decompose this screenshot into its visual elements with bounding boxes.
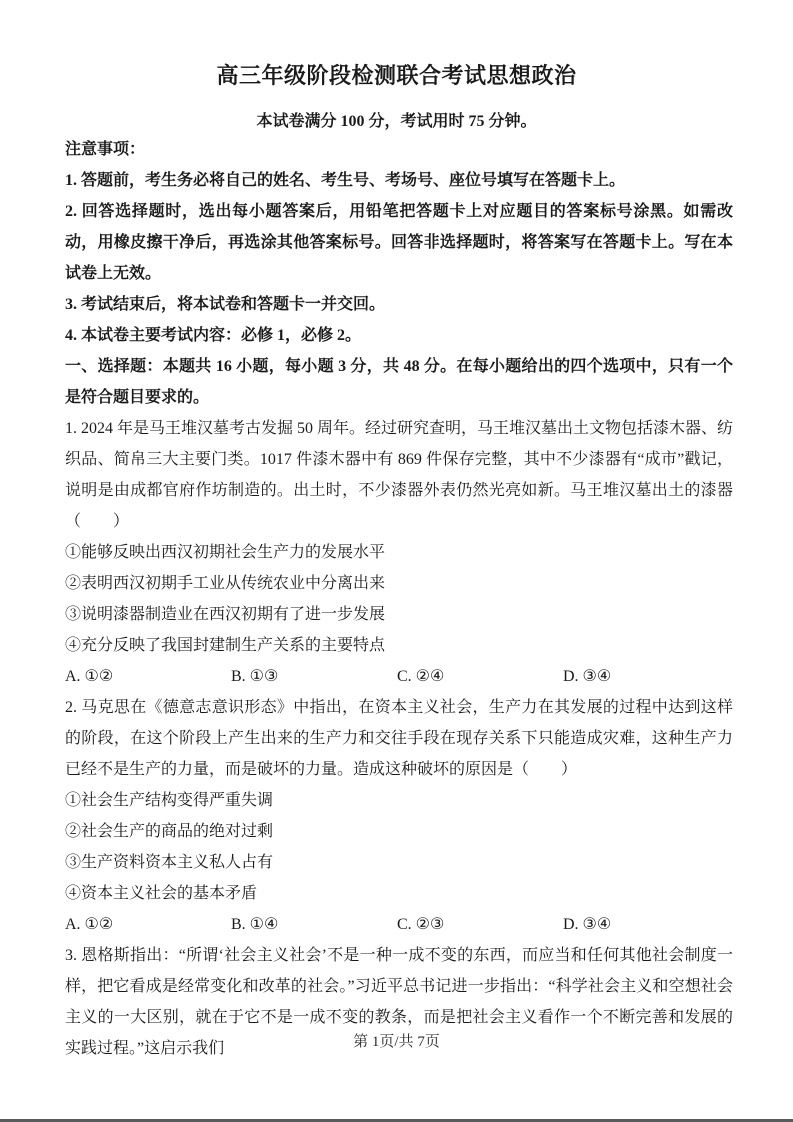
question-1-option-b: B. ①③ (231, 661, 397, 692)
notice-item-1: 1. 答题前，考生务必将自己的姓名、考生号、考场号、座位号填写在答题卡上。 (65, 165, 733, 196)
question-1-statement-1: ①能够反映出西汉初期社会生产力的发展水平 (65, 537, 733, 568)
exam-page: 高三年级阶段检测联合考试思想政治 本试卷满分 100 分，考试用时 75 分钟。… (0, 0, 793, 1122)
question-1-statement-2: ②表明西汉初期手工业从传统农业中分离出来 (65, 568, 733, 599)
notice-item-3: 3. 考试结束后，将本试卷和答题卡一并交回。 (65, 289, 733, 320)
question-2-statement-3: ③生产资料资本主义私人占有 (65, 847, 733, 878)
question-2-statement-1: ①社会生产结构变得严重失调 (65, 785, 733, 816)
question-1-statement-4: ④充分反映了我国封建制生产关系的主要特点 (65, 630, 733, 661)
question-1-statement-3: ③说明漆器制造业在西汉初期有了进一步发展 (65, 599, 733, 630)
notice-item-2: 2. 回答选择题时，选出每小题答案后，用铅笔把答题卡上对应题目的答案标号涂黑。如… (65, 196, 733, 289)
question-2-option-a: A. ①② (65, 909, 231, 940)
notice-item-4: 4. 本试卷主要考试内容：必修 1，必修 2。 (65, 320, 733, 351)
section-header: 一、选择题：本题共 16 小题，每小题 3 分，共 48 分。在每小题给出的四个… (65, 351, 733, 413)
question-1-option-c: C. ②④ (397, 661, 563, 692)
question-2-options-row: A. ①② B. ①④ C. ②③ D. ③④ (65, 909, 733, 940)
question-2-option-d: D. ③④ (563, 909, 611, 940)
question-1-option-a: A. ①② (65, 661, 231, 692)
question-2-option-b: B. ①④ (231, 909, 397, 940)
question-1-stem: 1. 2024 年是马王堆汉墓考古发掘 50 周年。经过研究查明，马王堆汉墓出土… (65, 413, 733, 537)
question-1-option-d: D. ③④ (563, 661, 611, 692)
page-number: 第 1页/共 7页 (0, 1030, 793, 1051)
page-title: 高三年级阶段检测联合考试思想政治 (0, 59, 793, 90)
question-2-option-c: C. ②③ (397, 909, 563, 940)
notices-heading: 注意事项： (65, 134, 733, 165)
question-1-options-row: A. ①② B. ①③ C. ②④ D. ③④ (65, 661, 733, 692)
question-2-stem: 2. 马克思在《德意志意识形态》中指出，在资本主义社会，生产力在其发展的过程中达… (65, 692, 733, 785)
page-subtitle: 本试卷满分 100 分，考试用时 75 分钟。 (0, 108, 793, 131)
question-2-statement-2: ②社会生产的商品的绝对过剩 (65, 816, 733, 847)
question-2-statement-4: ④资本主义社会的基本矛盾 (65, 878, 733, 909)
document-body: 注意事项： 1. 答题前，考生务必将自己的姓名、考生号、考场号、座位号填写在答题… (65, 134, 733, 1064)
